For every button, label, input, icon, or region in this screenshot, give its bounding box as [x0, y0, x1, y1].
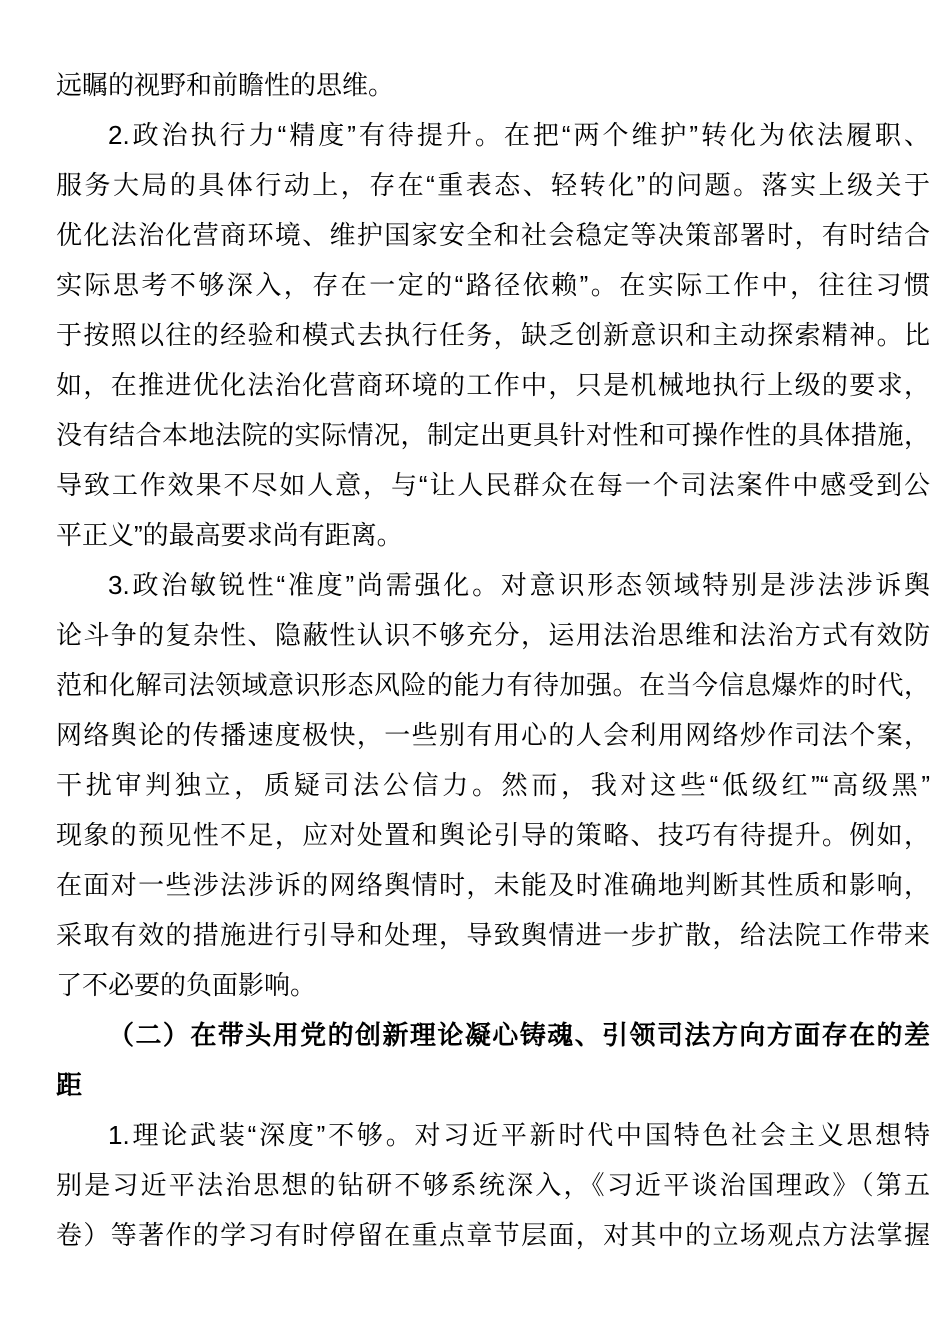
text-line: 网络舆论的传播速度极快，一些别有用心的人会利用网络炒作司法个案， — [56, 710, 930, 760]
text-line: 3.政治敏锐性“准度”尚需强化。对意识形态领域特别是涉法涉诉舆 — [56, 560, 930, 610]
text-line: 服务大局的具体行动上，存在“重表态、轻转化”的问题。落实上级关于 — [56, 160, 930, 210]
text-line: 1.理论武装“深度”不够。对习近平新时代中国特色社会主义思想特 — [56, 1110, 930, 1160]
text-line: 干扰审判独立，质疑司法公信力。然而，我对这些“低级红”“高级黑” — [56, 760, 930, 810]
paragraph-political-acuity: 3.政治敏锐性“准度”尚需强化。对意识形态领域特别是涉法涉诉舆论斗争的复杂性、隐… — [56, 560, 930, 1010]
text-line: 于按照以往的经验和模式去执行任务，缺乏创新意识和主动探索精神。比 — [56, 310, 930, 360]
text-line: 2.政治执行力“精度”有待提升。在把“两个维护”转化为依法履职、 — [56, 110, 930, 160]
text-line: 没有结合本地法院的实际情况，制定出更具针对性和可操作性的具体措施， — [56, 410, 930, 460]
document-content: 远瞩的视野和前瞻性的思维。2.政治执行力“精度”有待提升。在把“两个维护”转化为… — [56, 60, 930, 1260]
heading-line: （二）在带头用党的创新理论凝心铸魂、引领司法方向方面存在的差 — [56, 1010, 930, 1060]
text-line: 远瞩的视野和前瞻性的思维。 — [56, 60, 930, 110]
paragraph-continuation: 远瞩的视野和前瞻性的思维。 — [56, 60, 930, 110]
text-line: 平正义”的最高要求尚有距离。 — [56, 510, 930, 560]
document-page: 远瞩的视野和前瞻性的思维。2.政治执行力“精度”有待提升。在把“两个维护”转化为… — [0, 0, 950, 1344]
paragraph-political-execution: 2.政治执行力“精度”有待提升。在把“两个维护”转化为依法履职、服务大局的具体行… — [56, 110, 930, 560]
text-line: 在面对一些涉法涉诉的网络舆情时，未能及时准确地判断其性质和影响， — [56, 860, 930, 910]
text-line: 范和化解司法领域意识形态风险的能力有待加强。在当今信息爆炸的时代， — [56, 660, 930, 710]
text-line: 了不必要的负面影响。 — [56, 960, 930, 1010]
text-line: 卷）等著作的学习有时停留在重点章节层面，对其中的立场观点方法掌握 — [56, 1210, 930, 1260]
section-heading-2: （二）在带头用党的创新理论凝心铸魂、引领司法方向方面存在的差距 — [56, 1010, 930, 1110]
text-line: 采取有效的措施进行引导和处理，导致舆情进一步扩散，给法院工作带来 — [56, 910, 930, 960]
text-line: 现象的预见性不足，应对处置和舆论引导的策略、技巧有待提升。例如， — [56, 810, 930, 860]
heading-line: 距 — [56, 1060, 930, 1110]
text-line: 导致工作效果不尽如人意，与“让人民群众在每一个司法案件中感受到公 — [56, 460, 930, 510]
text-line: 如，在推进优化法治化营商环境的工作中，只是机械地执行上级的要求， — [56, 360, 930, 410]
text-line: 别是习近平法治思想的钻研不够系统深入，《习近平谈治国理政》（第五 — [56, 1160, 930, 1210]
paragraph-theory-arming: 1.理论武装“深度”不够。对习近平新时代中国特色社会主义思想特别是习近平法治思想… — [56, 1110, 930, 1260]
text-line: 论斗争的复杂性、隐蔽性认识不够充分，运用法治思维和法治方式有效防 — [56, 610, 930, 660]
text-line: 优化法治化营商环境、维护国家安全和社会稳定等决策部署时，有时结合 — [56, 210, 930, 260]
text-line: 实际思考不够深入，存在一定的“路径依赖”。在实际工作中，往往习惯 — [56, 260, 930, 310]
